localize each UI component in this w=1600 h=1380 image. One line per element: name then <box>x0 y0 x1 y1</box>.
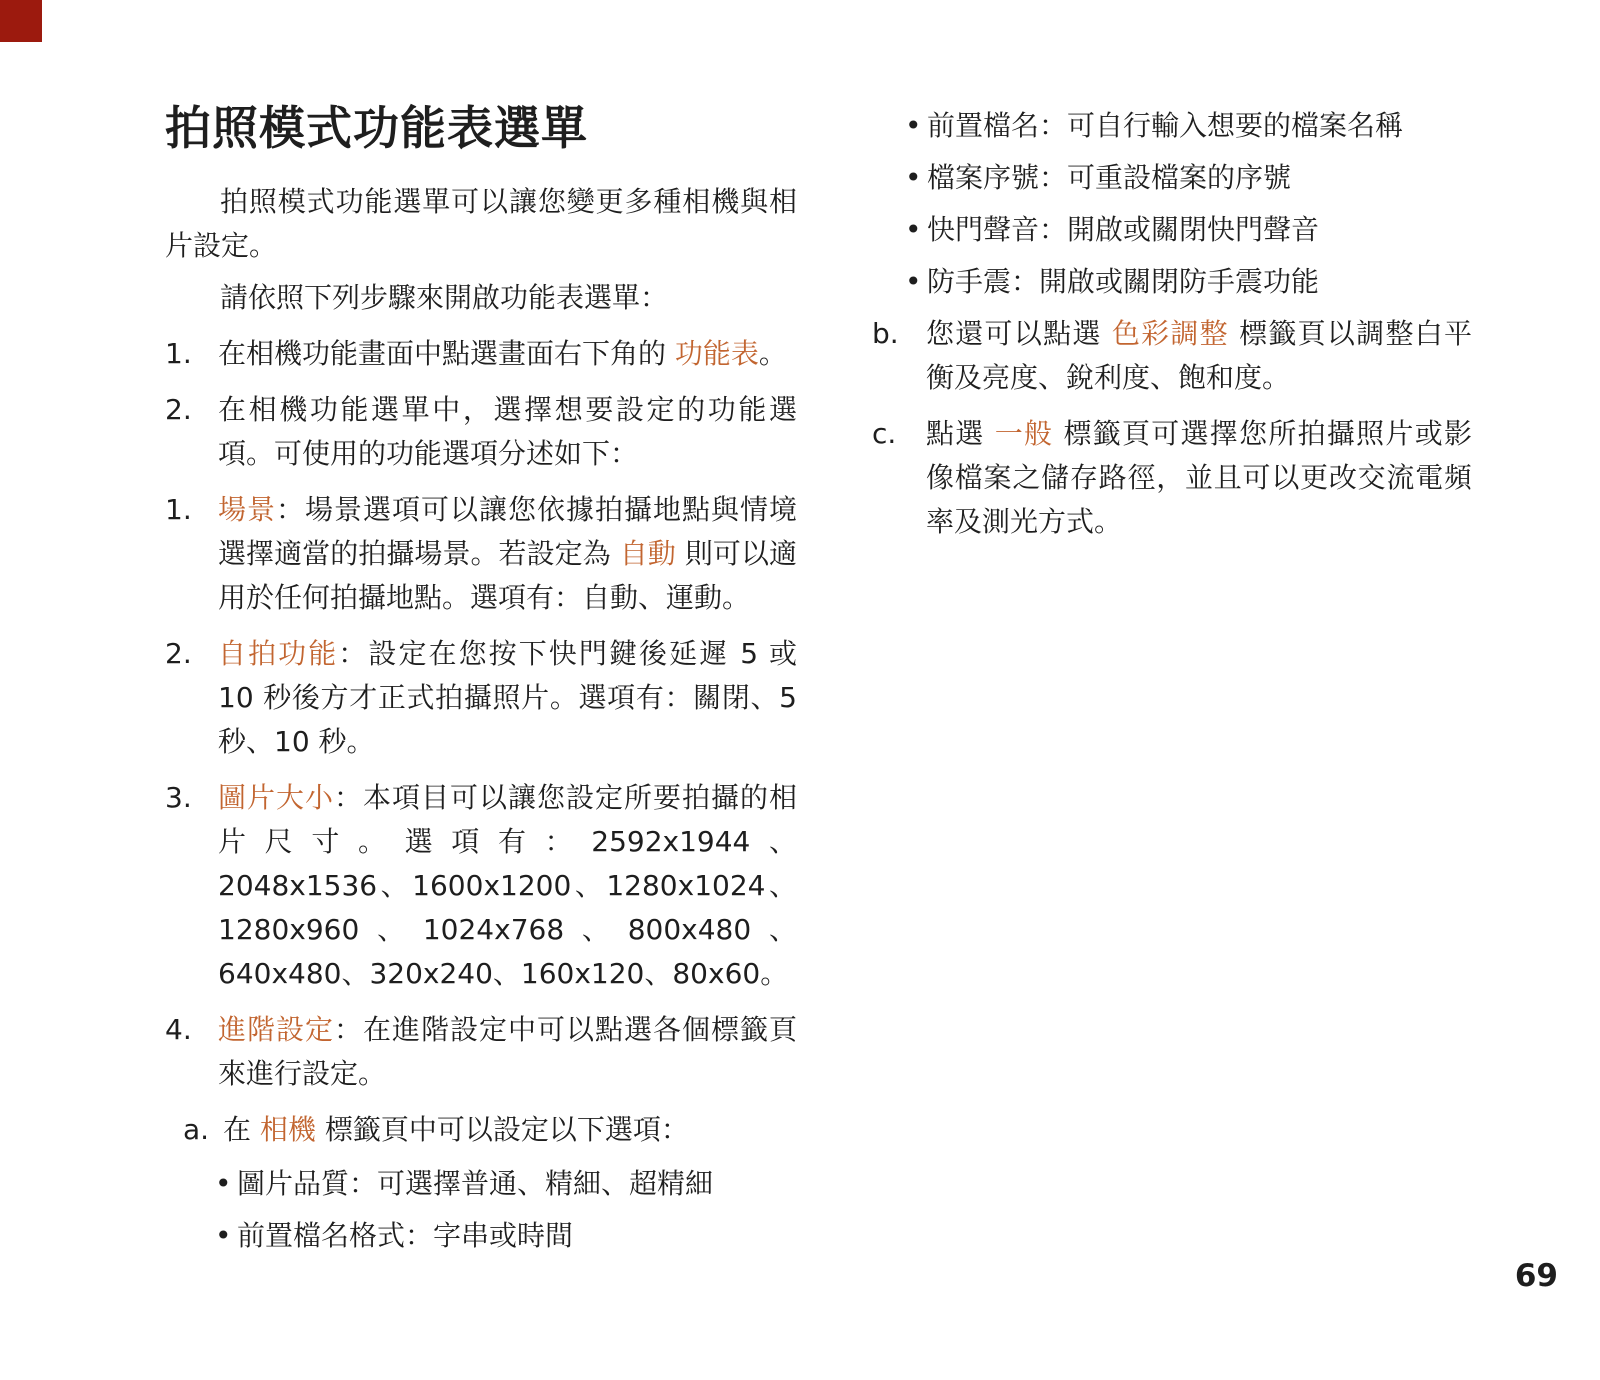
option-item-self-timer: 2. 自拍功能：設定在您按下快門鍵後延遲 5 或 10 秒後方才正式拍攝照片。選… <box>165 632 797 764</box>
option-item-advanced: 4. 進階設定：在進階設定中可以點選各個標籤頁來進行設定。 <box>165 1008 797 1096</box>
bullet-item: • 檔案序號：可重設檔案的序號 <box>905 156 1472 200</box>
option-text: 自拍功能：設定在您按下快門鍵後延遲 5 或 10 秒後方才正式拍攝照片。選項有：… <box>218 632 797 764</box>
step-text-segment: 在相機功能畫面中點選畫面右下角的 <box>218 337 675 370</box>
sub-step-letter: c. <box>872 412 926 544</box>
intro-paragraph-2: 請依照下列步驟來開啟功能表選單： <box>165 276 797 320</box>
option-term: 圖片大小 <box>218 781 334 814</box>
page-title: 拍照模式功能表選單 <box>165 100 797 156</box>
sub-step-text-segment: 標籤頁中可以設定以下選項： <box>316 1113 689 1146</box>
option-term: 場景 <box>218 493 276 526</box>
step-text: 在相機功能選單中，選擇想要設定的功能選項。可使用的功能選項分述如下： <box>218 388 797 476</box>
option-number: 1. <box>165 488 218 620</box>
corner-mark <box>0 0 42 42</box>
bullet-text: 圖片品質：可選擇普通、精細、超精細 <box>237 1162 797 1206</box>
sub-step-text-segment: 點選 <box>926 417 995 450</box>
bullet-text: 前置檔名格式：字串或時間 <box>237 1214 797 1258</box>
step-highlight-term: 功能表 <box>675 337 759 370</box>
option-number: 3. <box>165 776 218 996</box>
sub-step-text: 您還可以點選 色彩調整 標籤頁以調整白平衡及亮度、銳利度、飽和度。 <box>926 312 1472 400</box>
sub-step-a: a. 在 相機 標籤頁中可以設定以下選項： <box>183 1108 797 1152</box>
right-column: • 前置檔名：可自行輸入想要的檔案名稱 • 檔案序號：可重設檔案的序號 • 快門… <box>872 104 1472 556</box>
step-text-segment: 。 <box>759 337 787 370</box>
option-item-picture-size: 3. 圖片大小：本項目可以讓您設定所要拍攝的相片尺寸。選項有：2592x1944… <box>165 776 797 996</box>
bullet-item: • 防手震：開啟或關閉防手震功能 <box>905 260 1472 304</box>
bullet-item: • 前置檔名：可自行輸入想要的檔案名稱 <box>905 104 1472 148</box>
sub-step-text: 點選 一般 標籤頁可選擇您所拍攝照片或影像檔案之儲存路徑，並且可以更改交流電頻率… <box>926 412 1472 544</box>
sub-step-letter: a. <box>183 1108 223 1152</box>
sub-step-highlight-term: 色彩調整 <box>1112 317 1229 350</box>
bullet-text: 檔案序號：可重設檔案的序號 <box>927 156 1472 200</box>
option-item-scene: 1. 場景：場景選項可以讓您依據拍攝地點與情境選擇適當的拍攝場景。若設定為 自動… <box>165 488 797 620</box>
sub-step-c: c. 點選 一般 標籤頁可選擇您所拍攝照片或影像檔案之儲存路徑，並且可以更改交流… <box>872 412 1472 544</box>
bullet-marker: • <box>215 1162 237 1206</box>
bullet-text: 防手震：開啟或關閉防手震功能 <box>927 260 1472 304</box>
sub-step-letter: b. <box>872 312 926 400</box>
left-column: 拍照模式功能表選單 拍照模式功能選單可以讓您變更多種相機與相片設定。 請依照下列… <box>165 100 797 1266</box>
step-item-1: 1. 在相機功能畫面中點選畫面右下角的 功能表。 <box>165 332 797 376</box>
step-item-2: 2. 在相機功能選單中，選擇想要設定的功能選項。可使用的功能選項分述如下： <box>165 388 797 476</box>
sub-step-text: 在 相機 標籤頁中可以設定以下選項： <box>223 1108 797 1152</box>
step-text: 在相機功能畫面中點選畫面右下角的 功能表。 <box>218 332 797 376</box>
bullet-marker: • <box>905 156 927 200</box>
step-number: 1. <box>165 332 218 376</box>
bullet-marker: • <box>905 104 927 148</box>
option-text: 場景：場景選項可以讓您依據拍攝地點與情境選擇適當的拍攝場景。若設定為 自動 則可… <box>218 488 797 620</box>
option-term: 自拍功能 <box>218 637 338 670</box>
bullet-item: • 圖片品質：可選擇普通、精細、超精細 <box>215 1162 797 1206</box>
sub-step-highlight-term: 相機 <box>260 1113 316 1146</box>
sub-step-highlight-term: 一般 <box>995 417 1054 450</box>
option-text: 進階設定：在進階設定中可以點選各個標籤頁來進行設定。 <box>218 1008 797 1096</box>
option-text: 圖片大小：本項目可以讓您設定所要拍攝的相片尺寸。選項有：2592x1944、20… <box>218 776 797 996</box>
page-number: 69 <box>1515 1258 1558 1294</box>
sub-step-text-segment: 在 <box>223 1113 260 1146</box>
bullet-marker: • <box>905 260 927 304</box>
bullet-item: • 快門聲音：開啟或關閉快門聲音 <box>905 208 1472 252</box>
sub-step-b: b. 您還可以點選 色彩調整 標籤頁以調整白平衡及亮度、銳利度、飽和度。 <box>872 312 1472 400</box>
step-number: 2. <box>165 388 218 476</box>
option-term: 進階設定 <box>218 1013 334 1046</box>
bullet-item: • 前置檔名格式：字串或時間 <box>215 1214 797 1258</box>
intro-paragraph-1: 拍照模式功能選單可以讓您變更多種相機與相片設定。 <box>165 180 797 268</box>
option-number: 4. <box>165 1008 218 1096</box>
option-number: 2. <box>165 632 218 764</box>
bullet-marker: • <box>215 1214 237 1258</box>
bullet-text: 快門聲音：開啟或關閉快門聲音 <box>927 208 1472 252</box>
bullet-marker: • <box>905 208 927 252</box>
sub-step-text-segment: 您還可以點選 <box>926 317 1112 350</box>
bullet-text: 前置檔名：可自行輸入想要的檔案名稱 <box>927 104 1472 148</box>
option-highlight-term: 自動 <box>620 537 676 570</box>
